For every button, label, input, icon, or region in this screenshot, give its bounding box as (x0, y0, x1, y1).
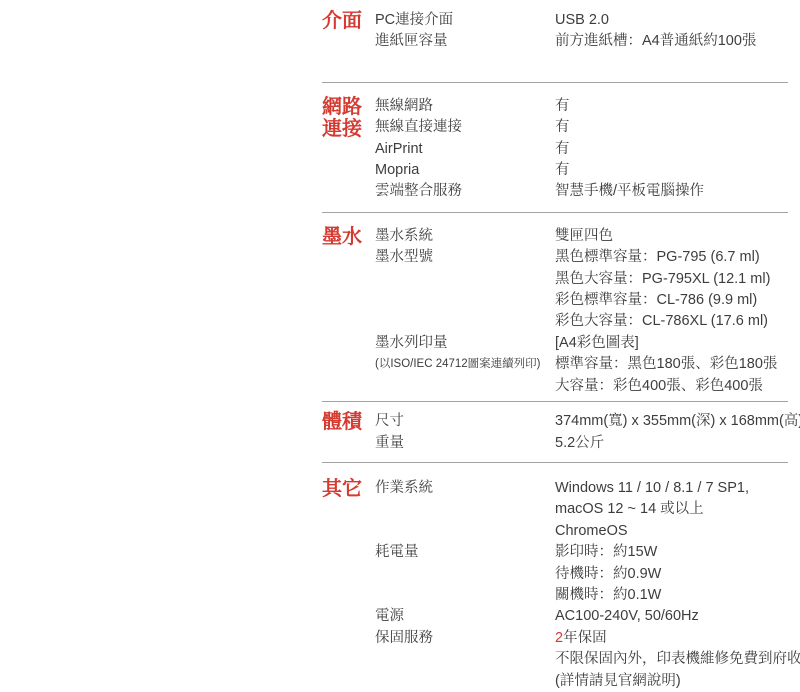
section-rows: 無線網路 有 無線直接連接 有 AirPrint 有 Mopria (375, 96, 788, 203)
spec-name: 電源 (375, 606, 555, 627)
category-label: 介面 (322, 10, 375, 32)
spec-value-line: 彩色大容量：CL-786XL (17.6 ml) (555, 311, 788, 332)
section-network: 網路 連接 無線網路 有 無線直接連接 有 AirPrint 有 (322, 82, 788, 212)
spec-value-line: 影印時：約15W (555, 542, 800, 563)
warranty-line: 2年保固 (555, 628, 800, 649)
spec-row: 雲端整合服務 智慧手機/平板電腦操作 (375, 181, 788, 202)
spec-name: 無線直接連接 (375, 117, 555, 138)
spec-values: [A4彩色圖表] 標準容量：黑色180張、彩色180張 大容量：彩色400張、彩… (555, 333, 788, 397)
spec-row: PC連接介面 USB 2.0 (375, 10, 788, 31)
spec-name: 重量 (375, 433, 555, 454)
spec-value-line: 雙匣四色 (555, 226, 788, 247)
spec-name: 耗電量 (375, 542, 555, 563)
spec-value-line: 待機時：約0.9W (555, 564, 800, 585)
spec-row: 重量 5.2公斤 (375, 433, 800, 454)
spec-values: 影印時：約15W 待機時：約0.9W 關機時：約0.1W (555, 542, 800, 606)
spec-values: 374mm(寬) x 355mm(深) x 168mm(高) (555, 411, 800, 432)
spec-value-line: Windows 11 / 10 / 8.1 / 7 SP1, (555, 478, 800, 499)
category-label: 墨水 (322, 226, 375, 248)
spec-value-line: 彩色標準容量：CL-786 (9.9 ml) (555, 290, 788, 311)
spec-values: AC100-240V, 50/60Hz (555, 606, 800, 627)
spec-value-line: 有 (555, 160, 788, 181)
spec-value-line: 有 (555, 139, 788, 160)
category-label: 其它 (322, 478, 375, 500)
spec-values: Windows 11 / 10 / 8.1 / 7 SP1, macOS 12 … (555, 478, 800, 542)
spec-value-line: [A4彩色圖表] (555, 333, 788, 354)
spec-name: 進紙匣容量 (375, 31, 555, 52)
spec-row: 電源 AC100-240V, 50/60Hz (375, 606, 800, 627)
spec-name-note: (以ISO/IEC 24712圖案連續列印) (375, 354, 555, 375)
spec-value-line: 不限保固內外，印表機維修免費到府收件 (555, 649, 800, 670)
spec-row: 無線網路 有 (375, 96, 788, 117)
section-rows: 墨水系統 雙匣四色 墨水型號 黑色標準容量：PG-795 (6.7 ml) 黑色… (375, 226, 788, 397)
spec-name: 墨水系統 (375, 226, 555, 247)
spec-values: 雙匣四色 (555, 226, 788, 247)
spec-value-line: 有 (555, 117, 788, 138)
spec-value-line: macOS 12 ~ 14 或以上 (555, 499, 800, 520)
spec-row: 保固服務 2年保固 不限保固內外，印表機維修免費到府收件 (詳情請見官網說明) (375, 628, 800, 686)
spec-row: 進紙匣容量 前方進紙槽：A4普通紙約100張 (375, 31, 788, 52)
spec-name: 墨水列印量 (以ISO/IEC 24712圖案連續列印) (375, 333, 555, 376)
spec-values: 有 (555, 96, 788, 117)
category-label: 網路 連接 (322, 96, 375, 140)
spec-value-line: AC100-240V, 50/60Hz (555, 606, 800, 627)
spec-values: 智慧手機/平板電腦操作 (555, 181, 788, 202)
section-rows: 尺寸 374mm(寬) x 355mm(深) x 168mm(高) 重量 5.2… (375, 411, 800, 454)
spec-values: 有 (555, 160, 788, 181)
spec-value-line: 關機時：約0.1W (555, 585, 800, 606)
spec-row: 尺寸 374mm(寬) x 355mm(深) x 168mm(高) (375, 411, 800, 432)
spec-values: 黑色標準容量：PG-795 (6.7 ml) 黑色大容量：PG-795XL (1… (555, 247, 788, 333)
spec-value-line: 黑色大容量：PG-795XL (12.1 ml) (555, 269, 788, 290)
warranty-highlight: 2 (555, 630, 563, 646)
section-dimensions: 體積 尺寸 374mm(寬) x 355mm(深) x 168mm(高) 重量 … (322, 401, 788, 462)
section-ink: 墨水 墨水系統 雙匣四色 墨水型號 黑色標準容量：PG-795 (6.7 ml)… (322, 212, 788, 401)
spec-row: 墨水列印量 (以ISO/IEC 24712圖案連續列印) [A4彩色圖表] 標準… (375, 333, 788, 397)
spec-sheet: 介面 PC連接介面 USB 2.0 進紙匣容量 前方進紙槽：A4普通紙約100張… (322, 0, 788, 686)
category-label: 體積 (322, 411, 375, 433)
warranty-text: 年保固 (563, 630, 607, 646)
section-rows: 作業系統 Windows 11 / 10 / 8.1 / 7 SP1, macO… (375, 478, 800, 686)
spec-row: 無線直接連接 有 (375, 117, 788, 138)
spec-name: 尺寸 (375, 411, 555, 432)
spec-value-line: 有 (555, 96, 788, 117)
spec-row: 作業系統 Windows 11 / 10 / 8.1 / 7 SP1, macO… (375, 478, 800, 542)
spec-value-line: (詳情請見官網說明) (555, 671, 800, 686)
spec-values: 有 (555, 139, 788, 160)
spec-name: 墨水型號 (375, 247, 555, 268)
spec-values: 有 (555, 117, 788, 138)
spec-row: 墨水系統 雙匣四色 (375, 226, 788, 247)
spec-values: USB 2.0 (555, 10, 788, 31)
section-interface: 介面 PC連接介面 USB 2.0 進紙匣容量 前方進紙槽：A4普通紙約100張 (322, 0, 788, 82)
spec-row: 墨水型號 黑色標準容量：PG-795 (6.7 ml) 黑色大容量：PG-795… (375, 247, 788, 333)
spec-name: AirPrint (375, 139, 555, 160)
spec-value-line: 黑色標準容量：PG-795 (6.7 ml) (555, 247, 788, 268)
spec-values: 5.2公斤 (555, 433, 800, 454)
spec-name: 雲端整合服務 (375, 181, 555, 202)
spec-value-line: 374mm(寬) x 355mm(深) x 168mm(高) (555, 411, 800, 432)
section-others: 其它 作業系統 Windows 11 / 10 / 8.1 / 7 SP1, m… (322, 462, 788, 686)
spec-name: 保固服務 (375, 628, 555, 649)
spec-value-line: 智慧手機/平板電腦操作 (555, 181, 788, 202)
spec-value-line: USB 2.0 (555, 10, 788, 31)
spec-name: 無線網路 (375, 96, 555, 117)
spec-value-line: 大容量：彩色400張、彩色400張 (555, 376, 788, 397)
spec-name: PC連接介面 (375, 10, 555, 31)
spec-row: Mopria 有 (375, 160, 788, 181)
spec-value-line: 標準容量：黑色180張、彩色180張 (555, 354, 788, 375)
spec-values: 2年保固 不限保固內外，印表機維修免費到府收件 (詳情請見官網說明) (555, 628, 800, 686)
spec-value-line: 前方進紙槽：A4普通紙約100張 (555, 31, 788, 52)
spec-values: 前方進紙槽：A4普通紙約100張 (555, 31, 788, 52)
spec-row: 耗電量 影印時：約15W 待機時：約0.9W 關機時：約0.1W (375, 542, 800, 606)
spec-name: 作業系統 (375, 478, 555, 499)
spec-value-line: 5.2公斤 (555, 433, 800, 454)
spec-value-line: ChromeOS (555, 521, 800, 542)
section-rows: PC連接介面 USB 2.0 進紙匣容量 前方進紙槽：A4普通紙約100張 (375, 10, 788, 53)
spec-name: Mopria (375, 160, 555, 181)
spec-name-main: 墨水列印量 (375, 333, 555, 354)
spec-row: AirPrint 有 (375, 139, 788, 160)
